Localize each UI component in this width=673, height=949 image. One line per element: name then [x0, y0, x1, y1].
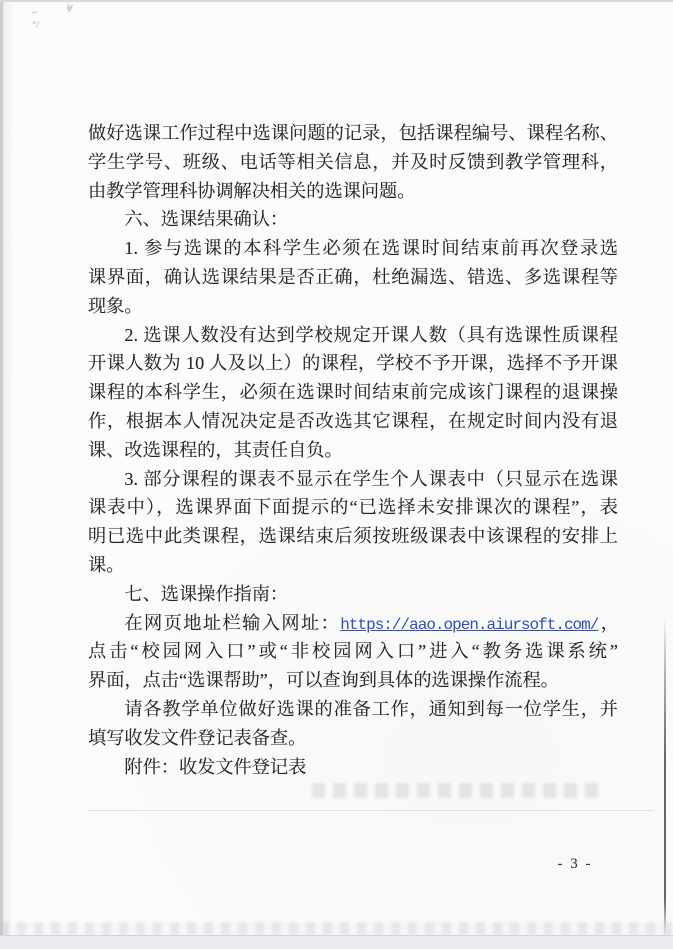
course-system-url-link[interactable]: https://aao.open.aiursoft.com/: [340, 616, 598, 634]
bleedthrough-faint-line: [88, 810, 654, 811]
scan-bottom-noise: [0, 922, 673, 935]
text-segment: 七、选课操作指南：: [124, 584, 288, 604]
text-line: 作，根据本人情况决定是否改选其它课程，在规定时间内没有退: [88, 407, 618, 436]
text-segment: 开课人数为 10 人及以上）的课程，学校不予开课，选择不予开课: [88, 353, 618, 373]
pen-mark: */: [32, 20, 40, 30]
text-line: 做好选课工作过程中选课问题的记录，包括课程编号、课程名称、: [88, 119, 618, 148]
text-segment: 课。: [88, 555, 124, 575]
text-line: 在网页地址栏输入网址：https://aao.open.aiursoft.com…: [88, 609, 618, 638]
text-segment: 做好选课工作过程中选课问题的记录，包括课程编号、课程名称、: [88, 123, 618, 143]
scan-top-edge: [0, 0, 673, 2]
text-line: 课。: [88, 551, 618, 580]
text-line: 点击“校园网入口”或“非校园网入口”进入“教务选课系统”: [88, 637, 618, 666]
scan-bottom-edge: [0, 935, 673, 949]
text-segment: 点击“校园网入口”或“非校园网入口”进入“教务选课系统”: [88, 641, 618, 661]
scan-right-edge-line: [664, 615, 666, 937]
text-line: 课界面，确认选课结果是否正确，杜绝漏选、错选、多选课程等: [88, 263, 618, 292]
text-segment: 课表中），选课界面下面提示的“已选择未安排课次的课程”，表: [88, 497, 618, 517]
text-line: 明已选中此类课程，选课结束后须按班级课表中该课程的安排上: [88, 522, 618, 551]
pen-mark: ~: [30, 7, 39, 18]
text-segment: 课界面，确认选课结果是否正确，杜绝漏选、错选、多选课程等: [88, 267, 618, 287]
text-line: 由教学管理科协调解决相关的选课问题。: [88, 177, 618, 206]
text-segment: 界面，点击“选课帮助”，可以查询到具体的选课操作流程。: [88, 670, 559, 690]
text-segment: 附件：收发文件登记表: [124, 757, 306, 777]
text-line: 课程的本科学生，必须在选课时间结束前完成该门课程的退课操: [88, 378, 618, 407]
scan-left-edge-shadow: [3, 0, 13, 949]
text-line: 填写收发文件登记表备查。: [88, 724, 618, 753]
page-number: - 3 -: [540, 856, 610, 873]
text-segment: 在网页地址栏输入网址：: [124, 613, 340, 633]
text-segment: 1. 参与选课的本科学生必须在选课时间结束前再次登录选: [124, 238, 618, 258]
text-line: 六、选课结果确认：: [88, 205, 618, 234]
text-line: 学生学号、班级、电话等相关信息，并及时反馈到教学管理科，: [88, 148, 618, 177]
text-line: 七、选课操作指南：: [88, 580, 618, 609]
text-segment: 填写收发文件登记表备查。: [88, 728, 306, 748]
text-segment: 现象。: [88, 296, 143, 316]
text-line: 1. 参与选课的本科学生必须在选课时间结束前再次登录选: [88, 234, 618, 263]
text-line: 附件：收发文件登记表: [88, 753, 618, 782]
pen-mark: ¥: [65, 2, 73, 16]
text-segment: 作，根据本人情况决定是否改选其它课程，在规定时间内没有退: [88, 411, 618, 431]
scanned-document-page: ~ */ ¥ 做好选课工作过程中选课问题的记录，包括课程编号、课程名称、学生学号…: [0, 0, 673, 949]
text-segment: 课、改选课程的，其责任自负。: [88, 440, 343, 460]
text-segment: 由教学管理科协调解决相关的选课问题。: [88, 181, 415, 201]
text-line: 3. 部分课程的课表不显示在学生个人课表中（只显示在选课: [88, 465, 618, 494]
text-line: 现象。: [88, 292, 618, 321]
text-line: 界面，点击“选课帮助”，可以查询到具体的选课操作流程。: [88, 666, 618, 695]
text-segment: ，: [598, 613, 618, 633]
bleedthrough-ghost-text: [312, 783, 600, 798]
text-segment: 2. 选课人数没有达到学校规定开课人数（具有选课性质课程: [124, 325, 618, 345]
text-segment: 3. 部分课程的课表不显示在学生个人课表中（只显示在选课: [124, 469, 618, 489]
text-segment: 课程的本科学生，必须在选课时间结束前完成该门课程的退课操: [88, 382, 618, 402]
text-segment: 学生学号、班级、电话等相关信息，并及时反馈到教学管理科，: [88, 152, 618, 172]
text-line: 请各教学单位做好选课的准备工作，通知到每一位学生，并: [88, 695, 618, 724]
text-segment: 请各教学单位做好选课的准备工作，通知到每一位学生，并: [124, 699, 618, 719]
text-segment: 明已选中此类课程，选课结束后须按班级课表中该课程的安排上: [88, 526, 618, 546]
text-line: 2. 选课人数没有达到学校规定开课人数（具有选课性质课程: [88, 321, 618, 350]
text-segment: 六、选课结果确认：: [124, 209, 288, 229]
text-line: 开课人数为 10 人及以上）的课程，学校不予开课，选择不予开课: [88, 349, 618, 378]
text-line: 课、改选课程的，其责任自负。: [88, 436, 618, 465]
document-body: 做好选课工作过程中选课问题的记录，包括课程编号、课程名称、学生学号、班级、电话等…: [88, 119, 618, 781]
text-line: 课表中），选课界面下面提示的“已选择未安排课次的课程”，表: [88, 493, 618, 522]
